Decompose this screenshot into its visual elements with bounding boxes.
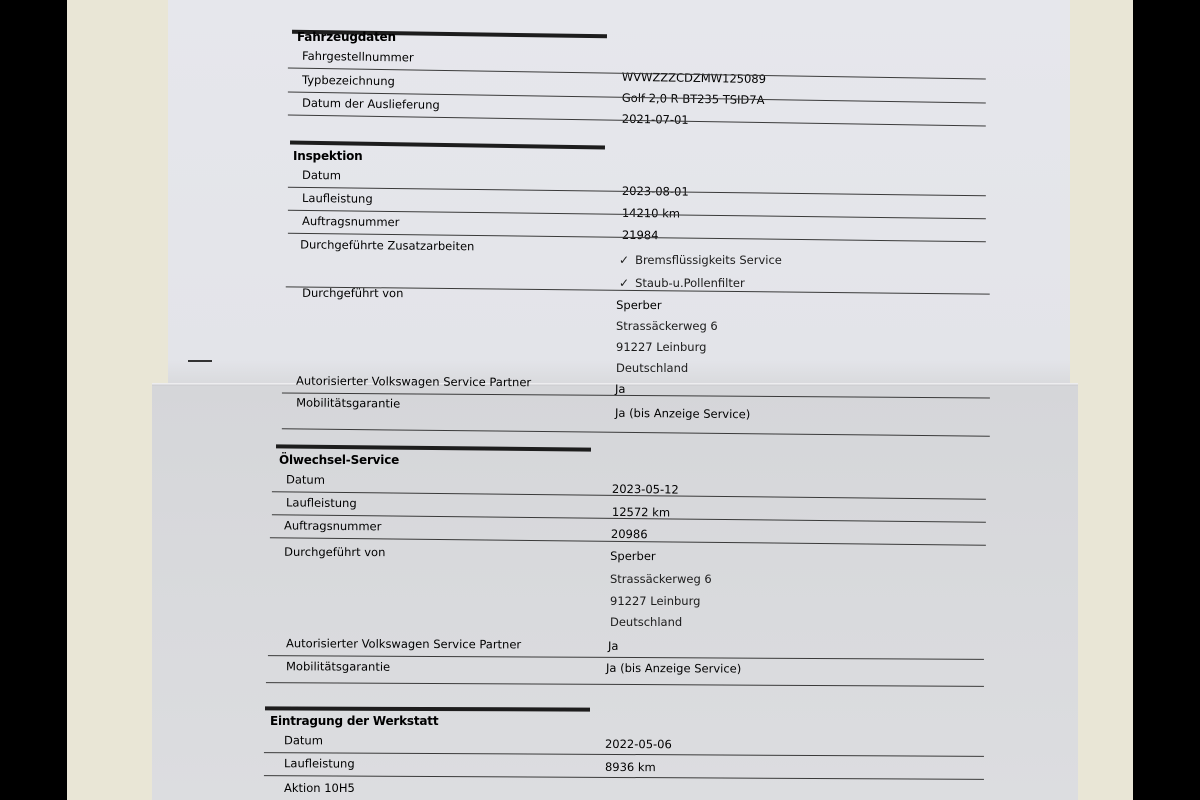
address-city: 91227 Leinburg: [610, 594, 700, 608]
section-title: Ölwechsel-Service: [279, 453, 399, 467]
zusatzarbeit-item: ✓Bremsflüssigkeits Service: [619, 253, 782, 267]
row-label: Laufleistung: [284, 756, 355, 770]
row-value: 2022-05-06: [605, 737, 672, 751]
row-mobilitaetsgarantie: Mobilitätsgarantie Ja (bis Anzeige Servi…: [266, 657, 984, 687]
row-value: Sperber: [616, 298, 662, 312]
address-country: Deutschland: [616, 361, 688, 375]
row-label: Auftragsnummer: [302, 214, 400, 229]
row-label: Datum: [284, 733, 323, 747]
row-label: Laufleistung: [302, 191, 373, 206]
row-label: Mobilitätsgarantie: [286, 659, 390, 674]
row-label: Autorisierter Volkswagen Service Partner: [286, 636, 521, 651]
row-label: Datum: [302, 168, 341, 182]
row-value: Ja (bis Anzeige Service): [606, 661, 741, 676]
row-value: Ja: [615, 382, 626, 396]
row-label: Datum der Auslieferung: [302, 96, 440, 112]
zusatzarbeit-label: Bremsflüssigkeits Service: [635, 253, 782, 267]
row-value: Ja (bis Anzeige Service): [615, 406, 750, 421]
row-value: 20986: [611, 527, 648, 541]
row-label: Datum: [286, 472, 325, 486]
address-city: 91227 Leinburg: [616, 340, 706, 354]
row-datum: Datum 2022-05-06: [264, 731, 984, 757]
row-label: Durchgeführt von: [284, 545, 385, 559]
row-label: Auftragsnummer: [284, 518, 382, 533]
row-autorisiert: Autorisierter Volkswagen Service Partner…: [268, 634, 984, 660]
row-label: Typbezeichnung: [302, 73, 395, 88]
row-value: 8936 km: [605, 760, 656, 774]
row-label: Durchgeführte Zusatzarbeiten: [300, 237, 474, 253]
section-title: Eintragung der Werkstatt: [270, 714, 438, 728]
address-country: Deutschland: [610, 615, 682, 629]
row-label: Autorisierter Volkswagen Service Partner: [296, 374, 531, 390]
address-street: Strassäckerweg 6: [610, 572, 712, 586]
row-label: Aktion 10H5: [284, 781, 355, 795]
checkmark-icon: ✓: [619, 253, 629, 267]
row-label: Laufleistung: [286, 495, 357, 510]
row-label: Durchgeführt von: [302, 286, 403, 300]
row-aktion: Aktion 10H5: [264, 779, 984, 800]
row-laufleistung: Laufleistung 8936 km: [264, 754, 984, 780]
row-value: Ja: [608, 639, 619, 653]
section-title: Fahrzeugdaten: [297, 30, 396, 44]
row-value: Sperber: [610, 549, 656, 563]
margin-mark: [188, 360, 212, 362]
row-label: Fahrgestellnummer: [302, 49, 414, 65]
row-mobilitaetsgarantie: Mobilitätsgarantie Ja (bis Anzeige Servi…: [282, 393, 990, 436]
address-street: Strassäckerweg 6: [616, 319, 718, 333]
row-label: Mobilitätsgarantie: [296, 395, 400, 410]
section-title: Inspektion: [293, 149, 363, 163]
